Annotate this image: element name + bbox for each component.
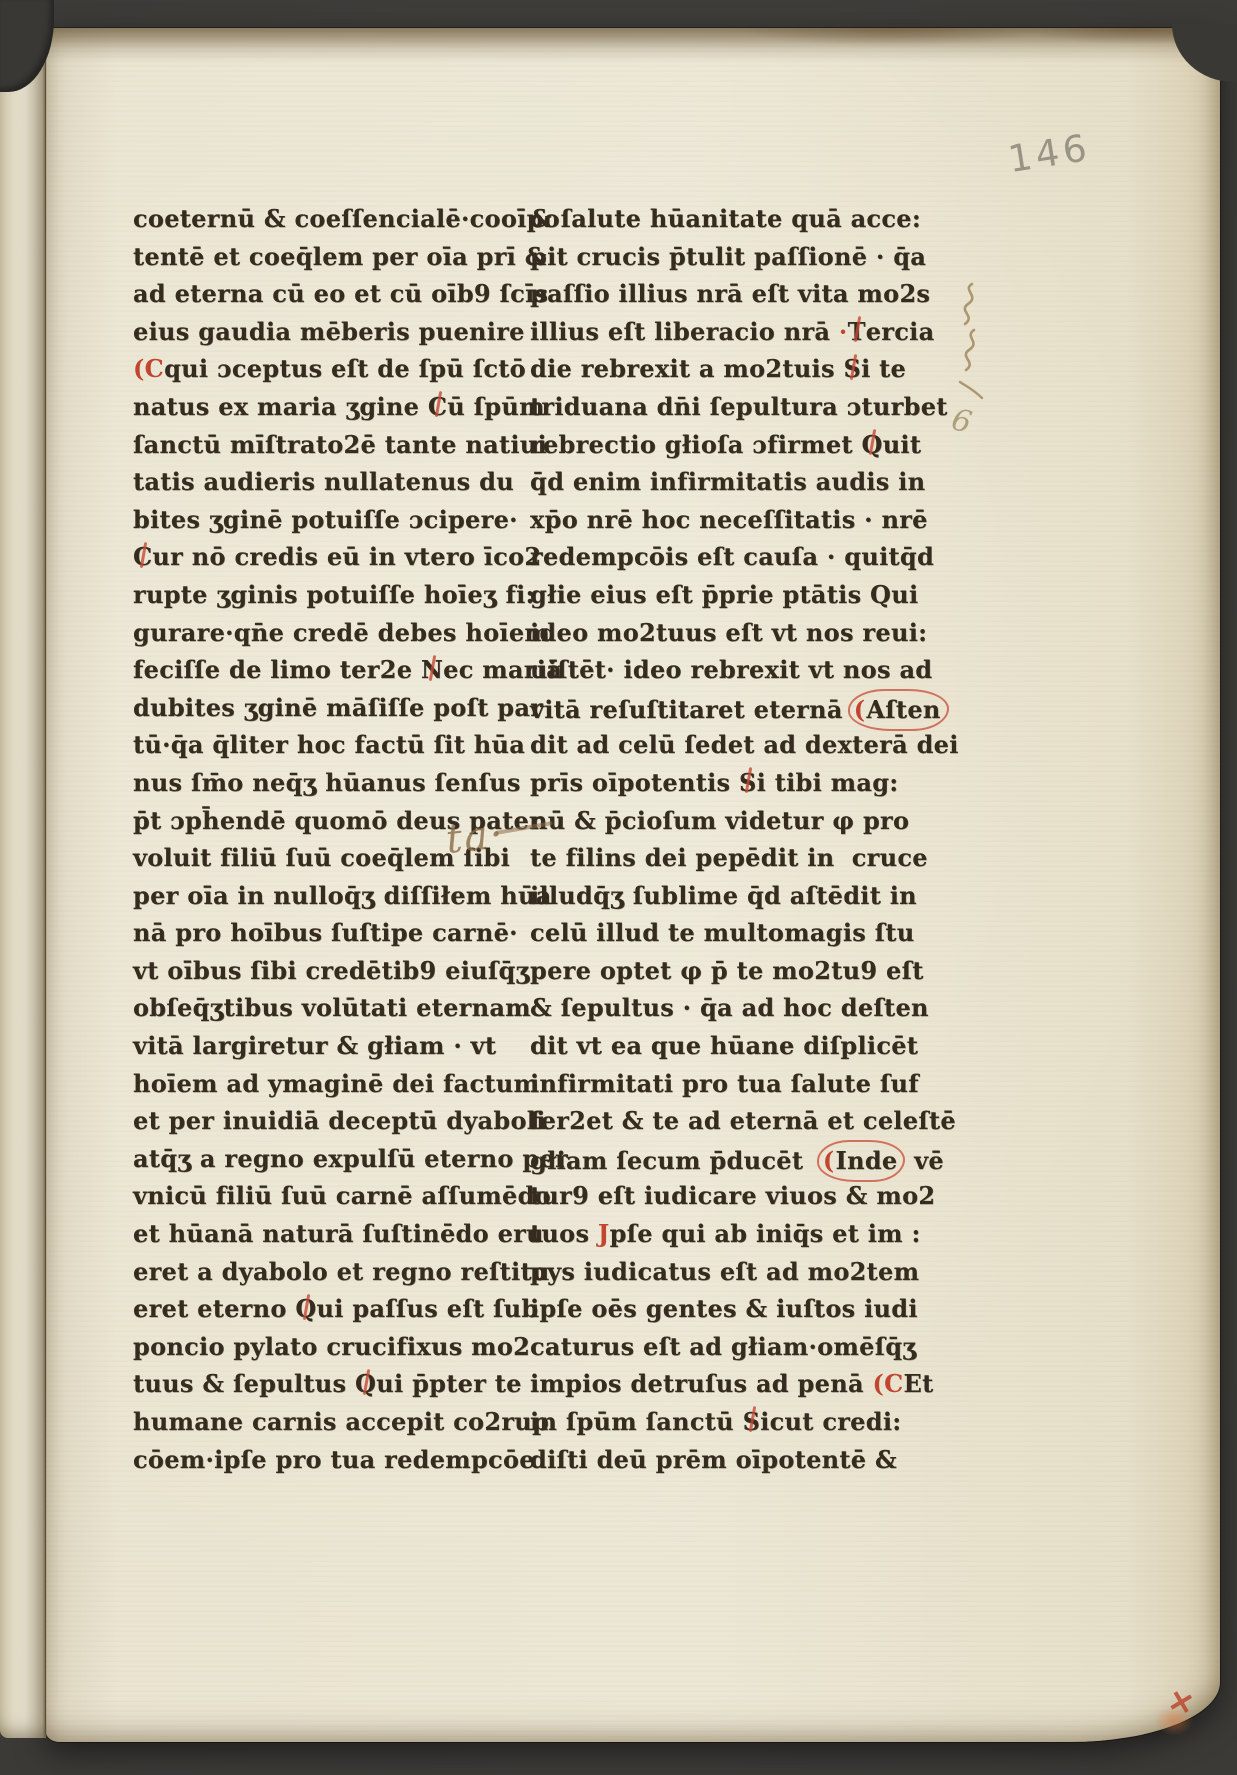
text-line: illius eſt liberacio nrā ·Tercia [530, 313, 970, 351]
rubricated-text: Q [295, 1290, 316, 1328]
text-line: atq̄ʒ a regno expulſū eterno per [133, 1140, 541, 1178]
printed-text: ad eterna cū eo et cū oīb9 ſcīs [133, 279, 548, 308]
printed-text: nā pro hoībus ſuſtipe carnē· [133, 918, 518, 947]
text-line: rebrectio głioſa ɔfirmet Quit [530, 426, 970, 464]
text-line: dubites ʒginē māſiſſe poſt par [133, 689, 541, 727]
printed-text: xp̄o nrē hoc neceſſitatis · nrē [530, 505, 928, 534]
text-line: caturus eſt ad głiam·omēſq̄ʒ [530, 1328, 970, 1366]
text-line: ad eterna cū eo et cū oīb9 ſcīs [133, 275, 541, 313]
printed-text: paſſio illius nrā eſt vita mo2s [530, 279, 930, 308]
text-line: vitā reſuſtitaret eternāAſten [530, 689, 970, 727]
printed-text: vitā largiretur & głiam · vt [133, 1031, 496, 1060]
printed-text: eret eterno [133, 1294, 295, 1323]
printed-text: tentē et coeq̄lem per oīa prī & [133, 242, 547, 271]
printed-text: nū & p̄cioſum videtur φ pro [530, 806, 909, 835]
text-line: coeternū & coeſſencialē·cooīpo [133, 200, 541, 238]
printed-text: dubites ʒginē māſiſſe poſt par [133, 693, 543, 722]
rubricated-text: · [839, 317, 848, 346]
text-line: vitā largiretur & głiam · vt [133, 1027, 541, 1065]
text-line: dit vt ea que hūane diſplicēt [530, 1027, 970, 1065]
text-line: diſti deū prēm oīpotentē & [530, 1441, 970, 1479]
text-column-right: & ſalute hūanitate quā acce:pit crucis p… [530, 200, 970, 1478]
text-line: infirmitati pro tua ſalute ſuf [530, 1065, 970, 1103]
text-line: ſanctū mīſtrato2ē tante natiui [133, 426, 541, 464]
printed-text: rebrectio głioſa ɔfirmet [530, 430, 861, 459]
page-stack-edge [0, 22, 46, 1738]
text-line: paſſio illius nrā eſt vita mo2s [530, 275, 970, 313]
folio-number-pencil: 146 [1005, 126, 1093, 181]
printed-text: ipſe oēs gentes & iuſtos iudi [530, 1294, 918, 1323]
printed-text: ſanctū mīſtrato2ē tante natiui [133, 430, 547, 459]
text-line: ideo mo2tuus eſt vt nos reui: [530, 614, 970, 652]
printed-text: impios detruſus ad penā [530, 1369, 872, 1398]
printed-text: dit vt ea que hūane diſplicēt [530, 1031, 918, 1060]
printed-text: cōem·ipſe pro tua redempcōe [133, 1445, 535, 1474]
printed-text: poncio pylato crucifixus mo2 [133, 1332, 530, 1361]
printed-text: głie eius eſt p̄prie ptātis Qui [530, 580, 918, 609]
printed-text: ercia [866, 317, 935, 346]
text-line: pys iudicatus eſt ad mo2tem [530, 1253, 970, 1291]
text-line: et per inuidiā deceptū dyaboli [133, 1102, 541, 1140]
rubricated-text: Q [861, 426, 882, 464]
printed-text: & ſepultus · q̄a ad hoc deſten [530, 993, 929, 1022]
printed-text: i tibi mag: [757, 768, 899, 797]
text-line: poncio pylato crucifixus mo2 [133, 1328, 541, 1366]
text-line: rupte ʒginis potuiſſe hoīeʒ fi: [133, 576, 541, 614]
text-line: die rebrexit a mo2tuis Si te [530, 350, 970, 388]
text-line: in ſpūm ſanctū Sicut credi: [530, 1403, 970, 1441]
text-line: gurare·qn̄e credē debes hoīem [133, 614, 541, 652]
text-line: natus ex maria ʒgine Cū ſpūm [133, 388, 541, 426]
text-line: & ſepultus · q̄a ad hoc deſten [530, 989, 970, 1027]
text-line: impios detruſus ad penā (CEt [530, 1365, 970, 1403]
text-line: vt oībus ſibi credētib9 eiuſq̄ʒ [133, 952, 541, 990]
text-line: nus ſm̄o neq̄ʒ hūanus ſenſus [133, 764, 541, 802]
printed-text: prīs oīpotentis [530, 768, 739, 797]
text-line: obſeq̄ʒtibus volūtati eternam [133, 989, 541, 1027]
text-line: illudq̄ʒ ſublime q̄d aſtēdit in [530, 877, 970, 915]
printed-text: hoīem ad ymaginē dei factum [133, 1069, 539, 1098]
printed-text: tur9 eſt iudicare viuos & mo2 [530, 1181, 935, 1210]
text-line: xp̄o nrē hoc neceſſitatis · nrē [530, 501, 970, 539]
text-line: tuus & ſepultus Qui p̄pter te [133, 1365, 541, 1403]
text-line: triduana dn̄i ſepultura ɔturbet [530, 388, 970, 426]
text-line: (Cqui ɔceptus eſt de ſpū ſctō [133, 350, 541, 388]
printed-text: pit crucis p̄tulit paſſionē · q̄a [530, 242, 926, 271]
text-line: cōem·ipſe pro tua redempcōe [133, 1441, 541, 1479]
text-line: hoīem ad ymaginē dei factum [133, 1065, 541, 1103]
printed-text: i te [861, 354, 906, 383]
text-line: per oīa in nulloq̄ʒ diſſiłem hūa [133, 877, 541, 915]
text-line: feciſſe de limo ter2e Nec mariā [133, 651, 541, 689]
printed-text: dit ad celū ſedet ad dexterā dei [530, 730, 959, 759]
printed-text: tū·q̄a q̄liter hoc factū ſit hūa [133, 730, 525, 759]
printed-text: ui p̄pter te [376, 1369, 522, 1398]
text-line: humane carnis accepit co2rup [133, 1403, 541, 1441]
text-line: eius gaudia mēberis puenire [133, 313, 541, 351]
printed-text: die rebrexit a mo2tuis [530, 354, 843, 383]
text-line: eret a dyabolo et regno reſtitu [133, 1253, 541, 1291]
printed-text: humane carnis accepit co2rup [133, 1407, 549, 1436]
printed-text: eius gaudia mēberis puenire [133, 317, 525, 346]
text-line: eret eterno Qui paſſus eſt ſub [133, 1290, 541, 1328]
rubricated-text: Inde [817, 1140, 906, 1183]
red-corner-blot: ✕ [1148, 1686, 1210, 1742]
printed-text: & ſalute hūanitate quā acce: [530, 204, 921, 233]
manuscript-page: coeternū & coeſſencialē·cooīpotentē et c… [46, 28, 1220, 1742]
text-line: et hūanā naturā ſuſtinēdo eru [133, 1215, 541, 1253]
printed-text: gurare·qn̄e credē debes hoīem [133, 618, 550, 647]
printed-text: te filins dei pepēdit in cruce [530, 843, 928, 872]
text-line: dit ad celū ſedet ad dexterā dei [530, 726, 970, 764]
printed-text: ui paſſus eſt ſub [317, 1294, 539, 1323]
printed-text: ideo mo2tuus eſt vt nos reui: [530, 618, 927, 647]
printed-text: pere optet φ p̄ te mo2tu9 eſt [530, 956, 924, 985]
printed-text: głiam ſecum p̄ducēt [530, 1146, 812, 1175]
printed-text: celū illud te multomagis ſtu [530, 918, 914, 947]
printed-text: caturus eſt ad głiam·omēſq̄ʒ [530, 1332, 916, 1361]
text-line: tentē et coeq̄lem per oīa prī & [133, 238, 541, 276]
margin-squiggle-marks [950, 280, 990, 402]
printed-text: eret a dyabolo et regno reſtitu [133, 1257, 550, 1286]
text-line: fer2et & te ad eternā et celeſtē [530, 1102, 970, 1140]
rubricated-text: J [598, 1219, 610, 1248]
printed-text: uiſtēt· ideo rebrexit vt nos ad [530, 655, 932, 684]
printed-text: vt oībus ſibi credētib9 eiuſq̄ʒ [133, 956, 530, 985]
printed-text: vitā reſuſtitaret eternā [530, 695, 843, 724]
text-line: prīs oīpotentis Si tibi mag: [530, 764, 970, 802]
text-line: bites ʒginē potuiſſe ɔcipere· [133, 501, 541, 539]
text-line: głie eius eſt p̄prie ptātis Qui [530, 576, 970, 614]
printed-text: coeternū & coeſſencialē·cooīpo [133, 204, 560, 233]
printed-text: feciſſe de limo ter2e [133, 655, 421, 684]
printed-text: pys iudicatus eſt ad mo2tem [530, 1257, 919, 1286]
printed-text: illudq̄ʒ ſublime q̄d aſtēdit in [530, 881, 917, 910]
printed-text: rupte ʒginis potuiſſe hoīeʒ fi: [133, 580, 535, 609]
rubricated-text: Aſten [848, 689, 949, 732]
rubricated-text: S [743, 1403, 761, 1441]
printed-text: ur nō credis eū in vtero īco2 [152, 542, 541, 571]
printed-text: obſeq̄ʒtibus volūtati eternam [133, 993, 531, 1022]
text-line: q̄d enim infirmitatis audis in [530, 463, 970, 501]
photo-background: coeternū & coeſſencialē·cooīpotentē et c… [0, 0, 1237, 1775]
printed-text: tuus & ſepultus [133, 1369, 355, 1398]
text-line: te filins dei pepēdit in cruce [530, 839, 970, 877]
margin-ink-note: ta· [444, 811, 507, 863]
text-line: nū & p̄cioſum videtur φ pro [530, 802, 970, 840]
printed-text: triduana dn̄i ſepultura ɔturbet [530, 392, 948, 421]
printed-text: natus ex maria ʒgine [133, 392, 428, 421]
printed-text: per oīa in nulloq̄ʒ diſſiłem hūa [133, 881, 552, 910]
printed-text: Et [904, 1369, 934, 1398]
text-line: pit crucis p̄tulit paſſionē · q̄a [530, 238, 970, 276]
rubricated-text: (C [133, 354, 164, 383]
rubricated-text: C [428, 388, 447, 426]
printed-text: atq̄ʒ a regno expulſū eterno per [133, 1144, 568, 1173]
printed-text: uit [883, 430, 922, 459]
printed-text: q̄d enim infirmitatis audis in [530, 467, 925, 496]
text-line: głiam ſecum p̄ducēt Inde vē [530, 1140, 970, 1178]
printed-text: vnicū filiū ſuū carnē aſſumēdo [133, 1181, 551, 1210]
printed-text: fer2et & te ad eternā et celeſtē [530, 1106, 956, 1135]
text-line: pere optet φ p̄ te mo2tu9 eſt [530, 952, 970, 990]
rubricated-text: S [739, 764, 757, 802]
rubricated-text: Q [355, 1365, 376, 1403]
printed-text: in ſpūm ſanctū [530, 1407, 743, 1436]
printed-text: et per inuidiā deceptū dyaboli [133, 1106, 546, 1135]
page-top-soiling [46, 28, 1220, 62]
printed-text: illius eſt liberacio nrā [530, 317, 839, 346]
rubricated-text: S [843, 350, 861, 388]
printed-text: diſti deū prēm oīpotentē & [530, 1445, 897, 1474]
text-line: celū illud te multomagis ſtu [530, 914, 970, 952]
text-line: & ſalute hūanitate quā acce: [530, 200, 970, 238]
text-line: tuos Jpſe qui ab iniq̄s et im : [530, 1215, 970, 1253]
printed-text: qui ɔceptus eſt de ſpū ſctō [164, 354, 526, 383]
printed-text: tatis audieris nullatenus du [133, 467, 514, 496]
printed-text: vē [905, 1146, 943, 1175]
text-line: nā pro hoībus ſuſtipe carnē· [133, 914, 541, 952]
text-line: uiſtēt· ideo rebrexit vt nos ad [530, 651, 970, 689]
printed-text: infirmitati pro tua ſalute ſuf [530, 1069, 919, 1098]
printed-text: bites ʒginē potuiſſe ɔcipere· [133, 505, 518, 534]
printed-text: nus ſm̄o neq̄ʒ hūanus ſenſus [133, 768, 521, 797]
text-line: ipſe oēs gentes & iuſtos iudi [530, 1290, 970, 1328]
printed-text: redempcōis eſt cauſa · quitq̄d [530, 542, 934, 571]
rubricated-text: C [133, 538, 152, 576]
text-line: tū·q̄a q̄liter hoc factū ſit hūa [133, 726, 541, 764]
printed-text: pſe qui ab iniq̄s et im : [610, 1219, 921, 1248]
text-line: tur9 eſt iudicare viuos & mo2 [530, 1177, 970, 1215]
rubricated-text: T [848, 313, 866, 351]
rubricated-text: N [421, 651, 443, 689]
printed-text: tuos [530, 1219, 598, 1248]
blot-x-mark: ✕ [1164, 1683, 1213, 1727]
text-line: Cur nō credis eū in vtero īco2 [133, 538, 541, 576]
printed-text: icut credi: [760, 1407, 901, 1436]
text-line: vnicū filiū ſuū carnē aſſumēdo [133, 1177, 541, 1215]
gutter-crease [43, 26, 47, 1738]
printed-text: et hūanā naturā ſuſtinēdo eru [133, 1219, 544, 1248]
rubricated-text: (C [872, 1369, 903, 1398]
text-line: redempcōis eſt cauſa · quitq̄d [530, 538, 970, 576]
text-line: tatis audieris nullatenus du [133, 463, 541, 501]
